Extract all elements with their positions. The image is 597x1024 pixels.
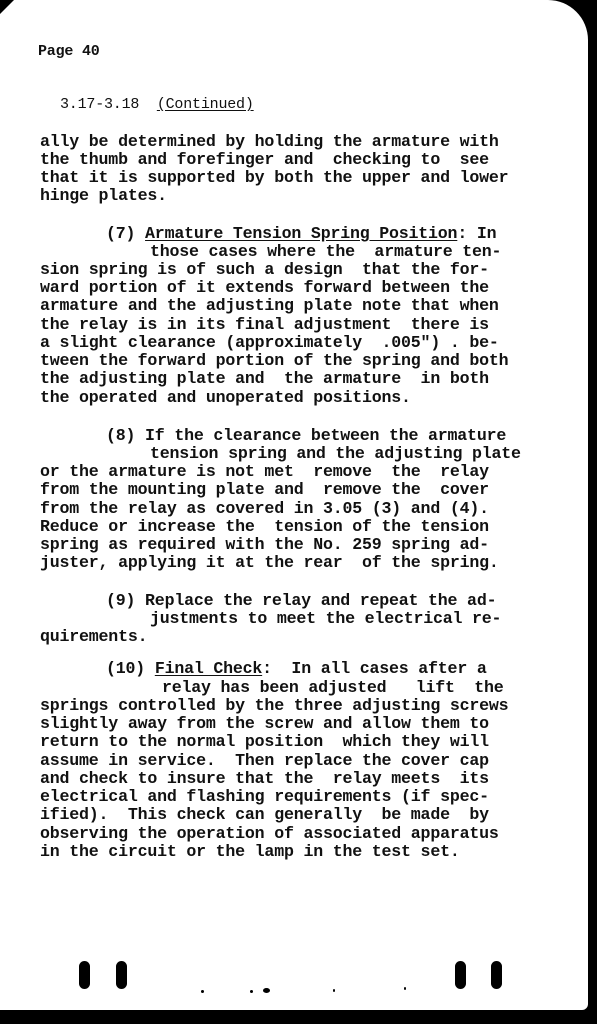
text-line: assume in service. Then replace the cove… <box>40 752 489 770</box>
text-line: tween the forward portion of the spring … <box>40 352 508 370</box>
text-line: from the relay as covered in 3.05 (3) an… <box>40 500 489 518</box>
text-line: the adjusting plate and the armature in … <box>40 370 489 388</box>
page-corner-shadow <box>0 0 14 14</box>
text-line: a slight clearance (approximately .005")… <box>40 334 499 352</box>
text-line: tension spring and the adjusting plate <box>150 445 521 463</box>
text-line: ified). This check can generally be made… <box>40 806 489 824</box>
text-line: that it is supported by both the upper a… <box>40 169 508 187</box>
text-line: from the mounting plate and remove the c… <box>40 481 489 499</box>
text-line: sion spring is of such a design that the… <box>40 261 489 279</box>
text-line: armature and the adjusting plate note th… <box>40 297 499 315</box>
binder-hole-icon <box>491 961 502 989</box>
text-line: or the armature is not met remove the re… <box>40 463 489 481</box>
text-line: justments to meet the electrical re- <box>150 610 501 628</box>
text-line: and check to insure that the relay meets… <box>40 770 489 788</box>
scan-speck <box>250 990 253 993</box>
text-line: those cases where the armature ten- <box>150 243 501 261</box>
document-page: Page 40 3.17-3.18 (Continued) ally be de… <box>0 0 588 1010</box>
section-number: 3.17-3.18 <box>60 96 139 113</box>
item-title-suffix: : In all cases after a <box>262 659 486 678</box>
text-line: ally be determined by holding the armatu… <box>40 133 499 151</box>
binder-hole-icon <box>79 961 90 989</box>
text-line: Reduce or increase the tension of the te… <box>40 518 489 536</box>
text-line: ward portion of it extends forward betwe… <box>40 279 489 297</box>
text-line: hinge plates. <box>40 187 167 205</box>
text-line: juster, applying it at the rear of the s… <box>40 554 499 572</box>
item-number: (8) <box>106 426 135 445</box>
item-number: (7) <box>106 224 135 243</box>
binder-hole-icon <box>116 961 127 989</box>
item-title: Armature Tension Spring Position <box>145 224 457 243</box>
section-continued-label: (Continued) <box>157 96 254 113</box>
section-heading: 3.17-3.18 (Continued) <box>60 96 254 113</box>
text-line: in the circuit or the lamp in the test s… <box>40 843 460 861</box>
scan-speck <box>263 988 270 993</box>
page-header: Page 40 <box>38 43 100 60</box>
text-line: the relay is in its final adjustment the… <box>40 316 489 334</box>
item-title: Final Check <box>155 659 262 678</box>
scan-speck <box>201 990 204 993</box>
item-8-heading: (8) If the clearance between the armatur… <box>106 427 506 445</box>
item-first-line: If the clearance between the armature <box>145 426 506 445</box>
binder-hole-icon <box>455 961 466 989</box>
item-number: (9) <box>106 591 135 610</box>
text-line: the operated and unoperated positions. <box>40 389 411 407</box>
item-number: (10) <box>106 659 145 678</box>
scan-speck <box>333 989 335 992</box>
text-line: slightly away from the screw and allow t… <box>40 715 489 733</box>
text-line: return to the normal position which they… <box>40 733 489 751</box>
text-line: observing the operation of associated ap… <box>40 825 499 843</box>
text-line: springs controlled by the three adjustin… <box>40 697 508 715</box>
item-title-suffix: : In <box>457 224 496 243</box>
item-7-heading: (7) Armature Tension Spring Position: In <box>106 225 496 243</box>
text-line: relay has been adjusted lift the <box>162 679 504 697</box>
text-line: electrical and flashing requirements (if… <box>40 788 489 806</box>
text-line: spring as required with the No. 259 spri… <box>40 536 489 554</box>
text-line: the thumb and forefinger and checking to… <box>40 151 489 169</box>
text-line: quirements. <box>40 628 147 646</box>
item-10-heading: (10) Final Check: In all cases after a <box>106 660 487 678</box>
item-first-line: Replace the relay and repeat the ad- <box>145 591 496 610</box>
item-9-heading: (9) Replace the relay and repeat the ad- <box>106 592 496 610</box>
scan-speck <box>404 987 406 990</box>
